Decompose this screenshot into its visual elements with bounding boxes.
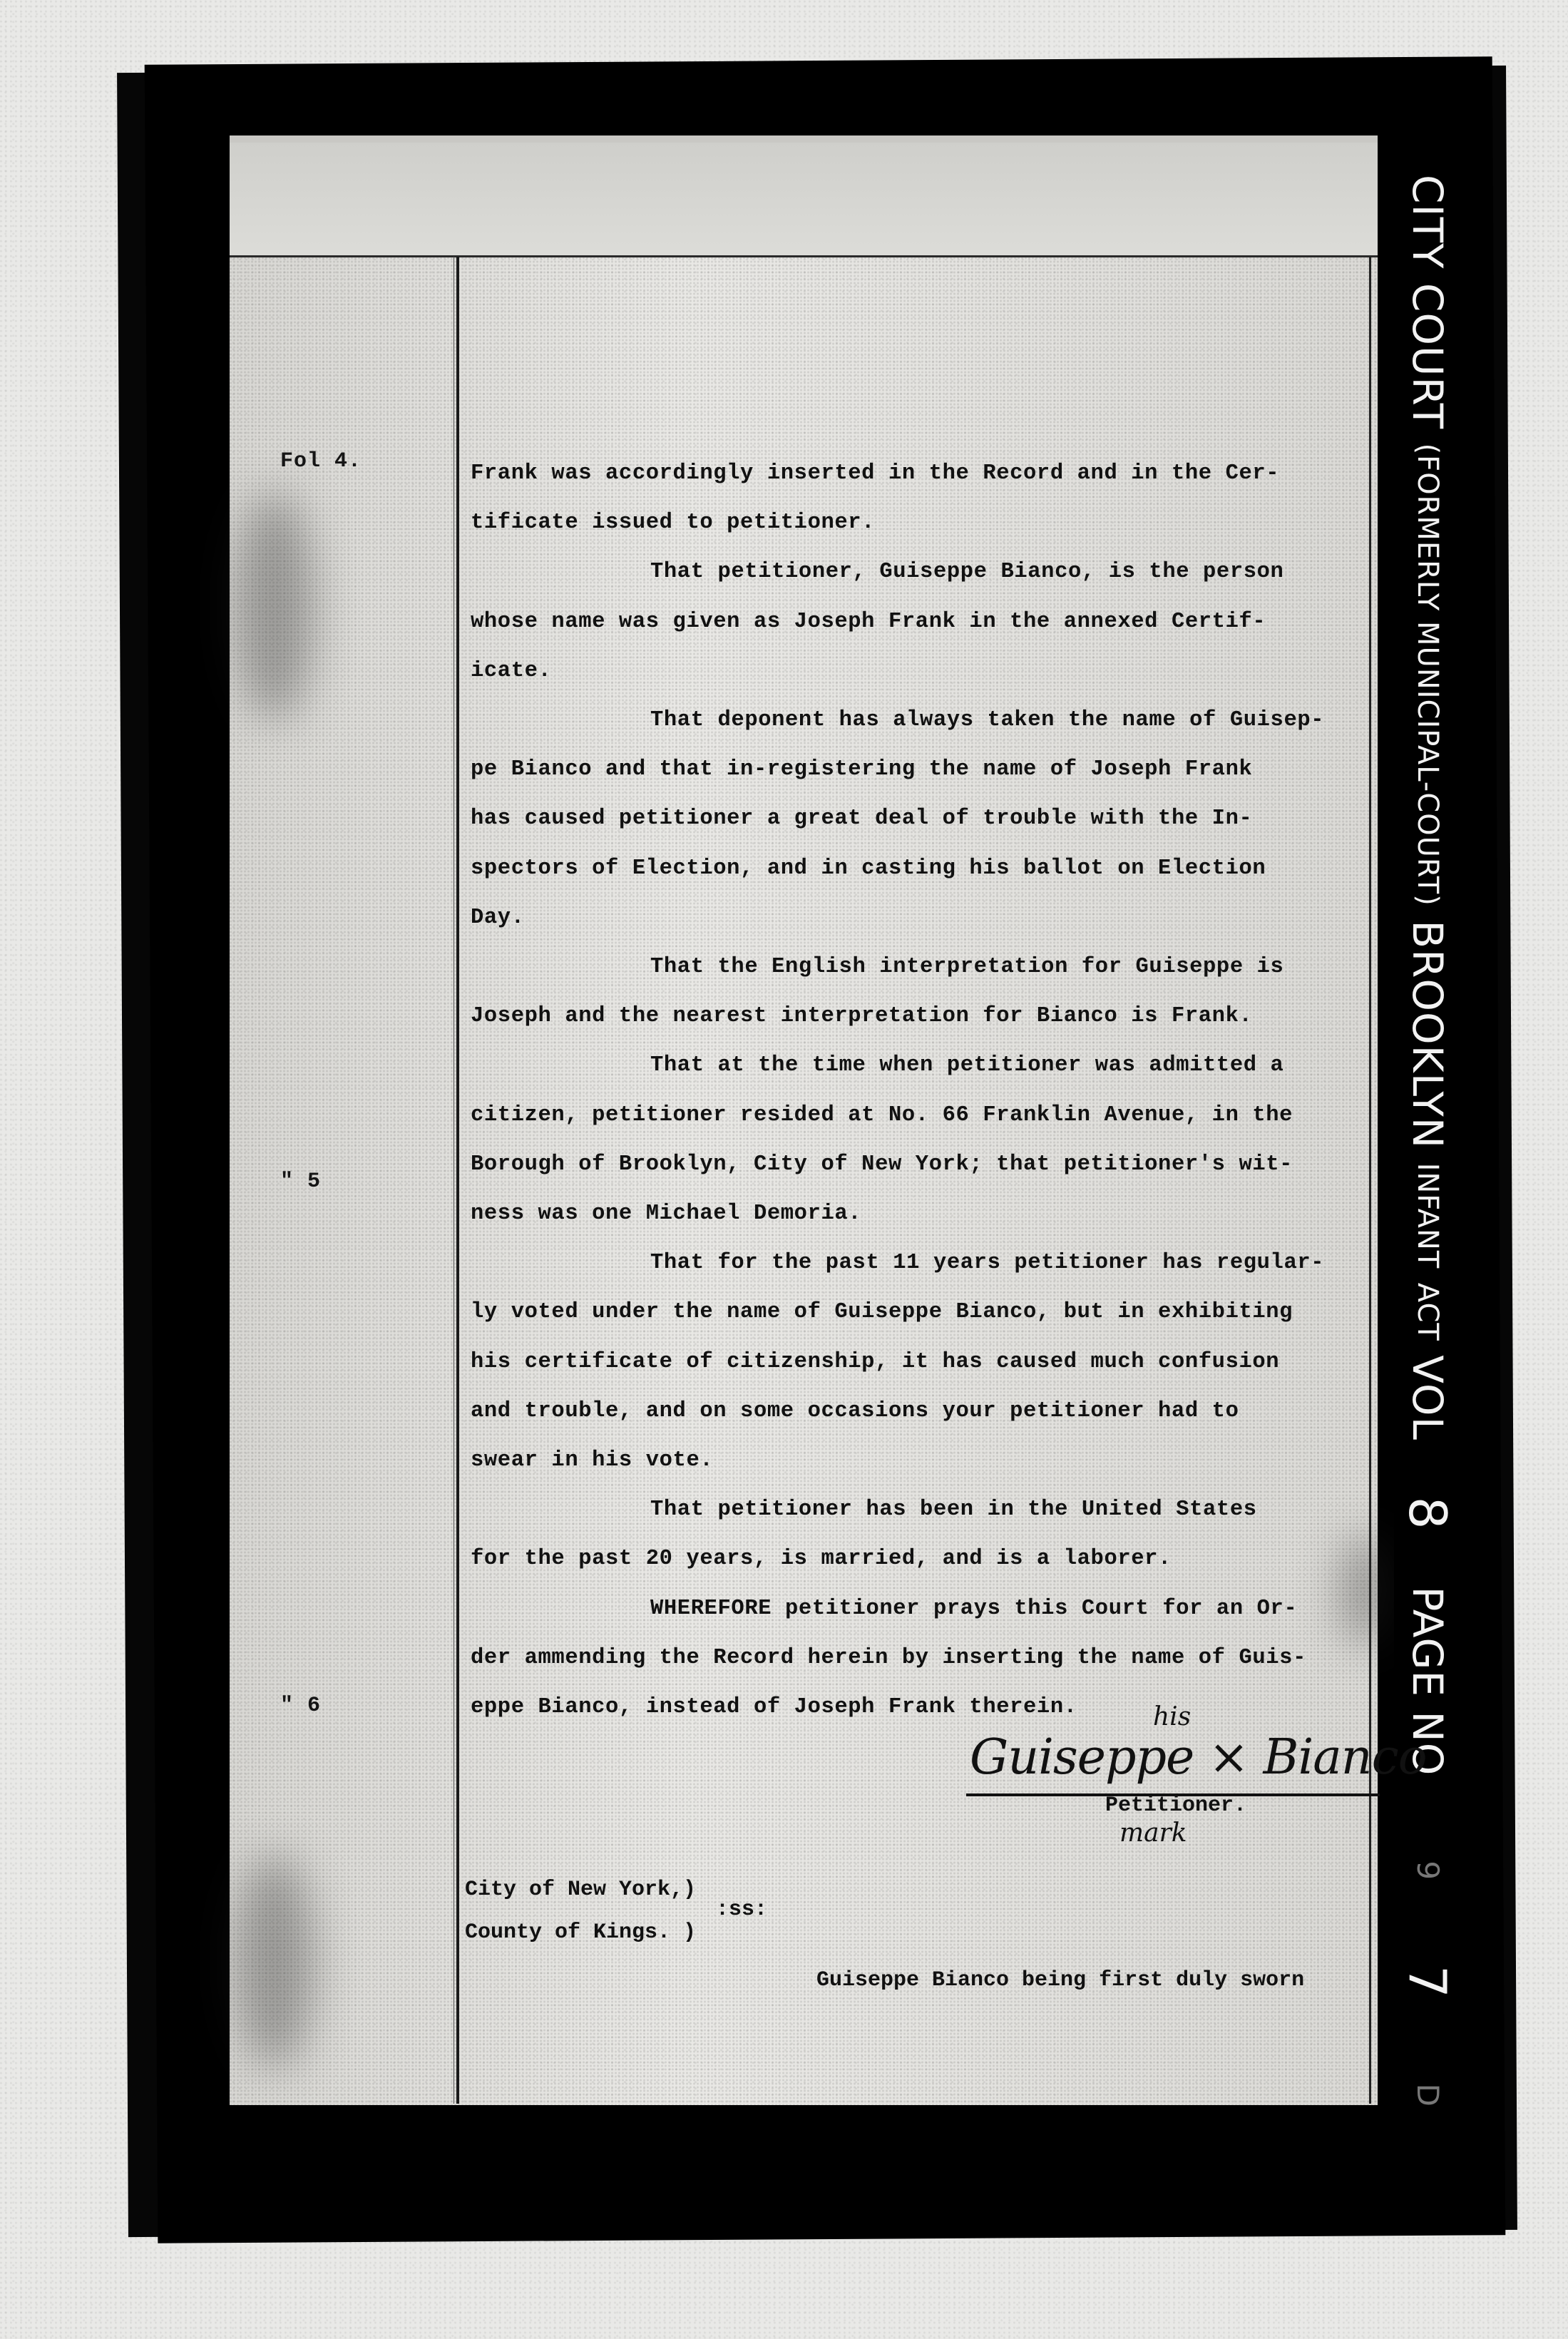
- body-line: WHEREFORE petitioner prays this Court fo…: [471, 1585, 1369, 1634]
- page-header-band: [230, 143, 1378, 257]
- body-line: whose name was given as Joseph Frank in …: [471, 598, 1369, 647]
- affidavit-opening: Guiseppe Bianco being first duly sworn: [816, 1968, 1304, 1992]
- right-rule: [1369, 257, 1371, 2104]
- body-line: ly voted under the name of Guiseppe Bian…: [471, 1288, 1369, 1337]
- signature-label: Petitioner.: [1105, 1793, 1246, 1818]
- venue-block: City of New York,) :ss: County of Kings.…: [465, 1868, 696, 1954]
- ink-smudge: [235, 492, 314, 720]
- signature-block: his Guiseppe × Bianco Petitioner. mark: [966, 1715, 1351, 1865]
- spine-page-digit-faint: 9: [1410, 1861, 1445, 1880]
- spine-borough: BROOKLYN: [1403, 920, 1452, 1149]
- petition-body: Frank was accordingly inserted in the Re…: [471, 449, 1369, 1732]
- venue-city: City of New York,): [465, 1868, 696, 1911]
- spine-corner-mark: D: [1410, 2084, 1445, 2107]
- body-line: pe Bianco and that in-registering the na…: [471, 745, 1369, 794]
- body-line: That the English interpretation for Guis…: [471, 943, 1369, 992]
- folio-note-4: Fol 4.: [280, 449, 362, 474]
- signature-his: his: [1153, 1702, 1191, 1731]
- body-line: Joseph and the nearest interpretation fo…: [471, 992, 1369, 1041]
- folio-note-6: " 6: [280, 1694, 321, 1718]
- signature-mark: mark: [1119, 1818, 1187, 1848]
- spine-act-line1: INFANT: [1411, 1163, 1444, 1269]
- body-line: That petitioner, Guiseppe Bianco, is the…: [471, 548, 1369, 597]
- body-line: for the past 20 years, is married, and i…: [471, 1535, 1369, 1584]
- body-line: has caused petitioner a great deal of tr…: [471, 794, 1369, 844]
- venue-county: County of Kings. ): [465, 1911, 696, 1954]
- spine-court: CITY COURT: [1403, 175, 1452, 429]
- body-line: Borough of Brooklyn, City of New York; t…: [471, 1140, 1369, 1189]
- body-line: and trouble, and on some occasions your …: [471, 1387, 1369, 1436]
- spine-vol-label: VOL: [1403, 1355, 1452, 1440]
- body-line: tificate issued to petitioner.: [471, 498, 1369, 548]
- body-line: der ammending the Record herein by inser…: [471, 1634, 1369, 1683]
- body-line: Frank was accordingly inserted in the Re…: [471, 449, 1369, 498]
- body-line: That deponent has always taken the name …: [471, 696, 1369, 745]
- spine-vol-number: 8: [1398, 1497, 1457, 1530]
- body-line: ness was one Michael Demoria.: [471, 1189, 1369, 1239]
- margin-rule: [456, 257, 459, 2104]
- margin-rule-inner: [454, 257, 454, 2104]
- venue-ss: :ss:: [716, 1888, 767, 1931]
- body-line: That for the past 11 years petitioner ha…: [471, 1239, 1369, 1288]
- folio-note-5: " 5: [280, 1169, 321, 1194]
- body-line: That petitioner has been in the United S…: [471, 1485, 1369, 1535]
- body-line: That at the time when petitioner was adm…: [471, 1041, 1369, 1090]
- body-line: Day.: [471, 894, 1369, 943]
- spine-page-digit: 7: [1398, 1965, 1457, 1999]
- ink-smudge: [235, 1854, 314, 2068]
- body-line: swear in his vote.: [471, 1436, 1369, 1485]
- spine-former-name: (FORMERLY MUNICIPAL-COURT): [1411, 443, 1444, 906]
- body-line: spectors of Election, and in casting his…: [471, 844, 1369, 894]
- spine-label: CITY COURT (FORMERLY MUNICIPAL-COURT) BR…: [1394, 175, 1462, 2107]
- body-line: citizen, petitioner resided at No. 66 Fr…: [471, 1091, 1369, 1140]
- body-line: icate.: [471, 647, 1369, 696]
- body-line: his certificate of citizenship, it has c…: [471, 1338, 1369, 1387]
- spine-act-line2: ACT: [1411, 1283, 1444, 1341]
- handwritten-signature: Guiseppe × Bianco: [970, 1729, 1427, 1786]
